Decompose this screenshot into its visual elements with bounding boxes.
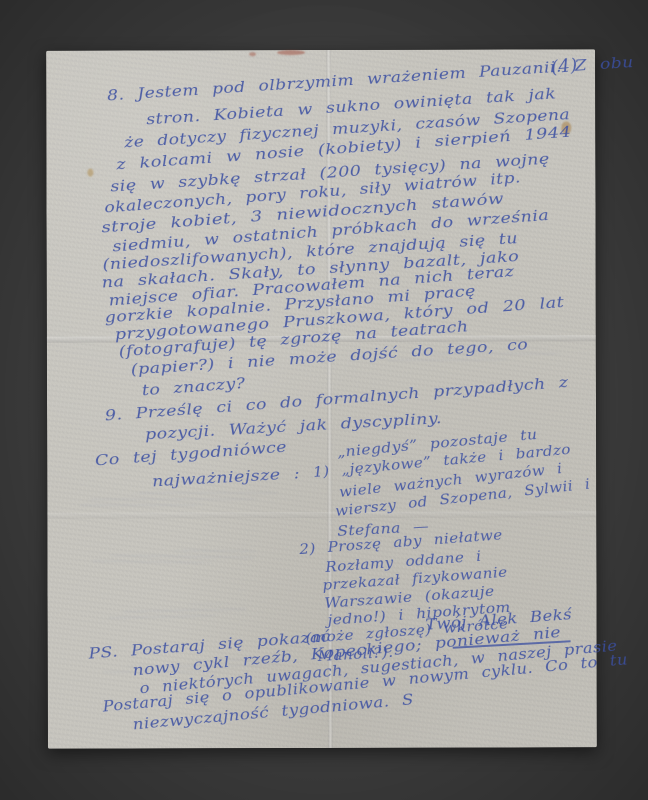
red-speck-top-edge bbox=[249, 52, 256, 56]
handwriting-line: Co tej tygodniówce bbox=[95, 440, 288, 470]
ink-bleedthrough-mark bbox=[107, 600, 248, 624]
red-stain-top-edge bbox=[277, 50, 305, 55]
ink-bleedthrough-mark bbox=[92, 547, 262, 567]
letter-paper: (4) 8. Jestem pod olbrzymim wrażeniem Pa… bbox=[46, 49, 597, 748]
handwriting-line: to znaczy? bbox=[141, 376, 246, 399]
photo-of-letter: { "photo": { "background_color": "#3a3a3… bbox=[0, 0, 648, 800]
handwriting-line: najważniejsze : bbox=[152, 466, 301, 490]
tan-speck-left bbox=[87, 169, 93, 177]
horizontal-fold-crease-lower bbox=[47, 511, 596, 518]
